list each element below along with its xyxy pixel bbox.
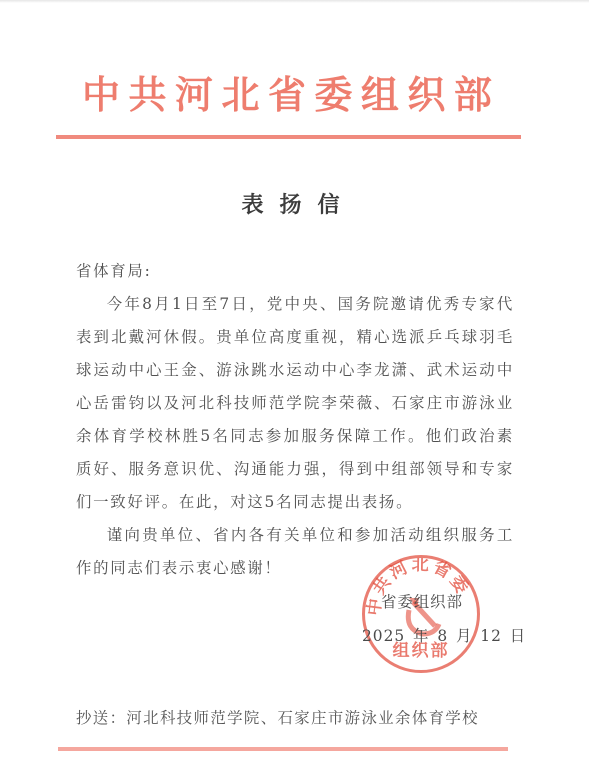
carbon-copy-recipients: 抄送：河北科技师范学院、石家庄市游泳业余体育学校 [76, 704, 479, 732]
issue-date: 2025 年 8 月 12 日 [362, 622, 526, 650]
letterhead-char: 共 [128, 70, 166, 120]
footer-divider [58, 747, 508, 751]
letter-title: 表扬信 [0, 190, 589, 220]
page-top-edge [0, 0, 589, 3]
letterhead-char: 河 [175, 70, 213, 120]
letterhead-divider [56, 135, 521, 139]
body-paragraph: 今年8月1日至7日，党中央、国务院邀请优秀专家代表到北戴河休假。贵单位高度重视，… [76, 288, 514, 519]
organization-letterhead: 中 共 河 北 省 委 组 织 部 [82, 70, 492, 120]
letterhead-char: 组 [361, 70, 399, 120]
issuer-signature: 省委组织部 [381, 588, 463, 616]
letterhead-char: 委 [314, 70, 352, 120]
letter-body: 省体育局: 今年8月1日至7日，党中央、国务院邀请优秀专家代表到北戴河休假。贵单… [76, 255, 514, 585]
letterhead-char: 部 [454, 70, 492, 120]
letterhead-char: 省 [268, 70, 306, 120]
salutation: 省体育局: [76, 255, 514, 288]
letterhead-char: 北 [221, 70, 259, 120]
letterhead-char: 织 [407, 70, 445, 120]
letterhead-char: 中 [82, 70, 120, 120]
